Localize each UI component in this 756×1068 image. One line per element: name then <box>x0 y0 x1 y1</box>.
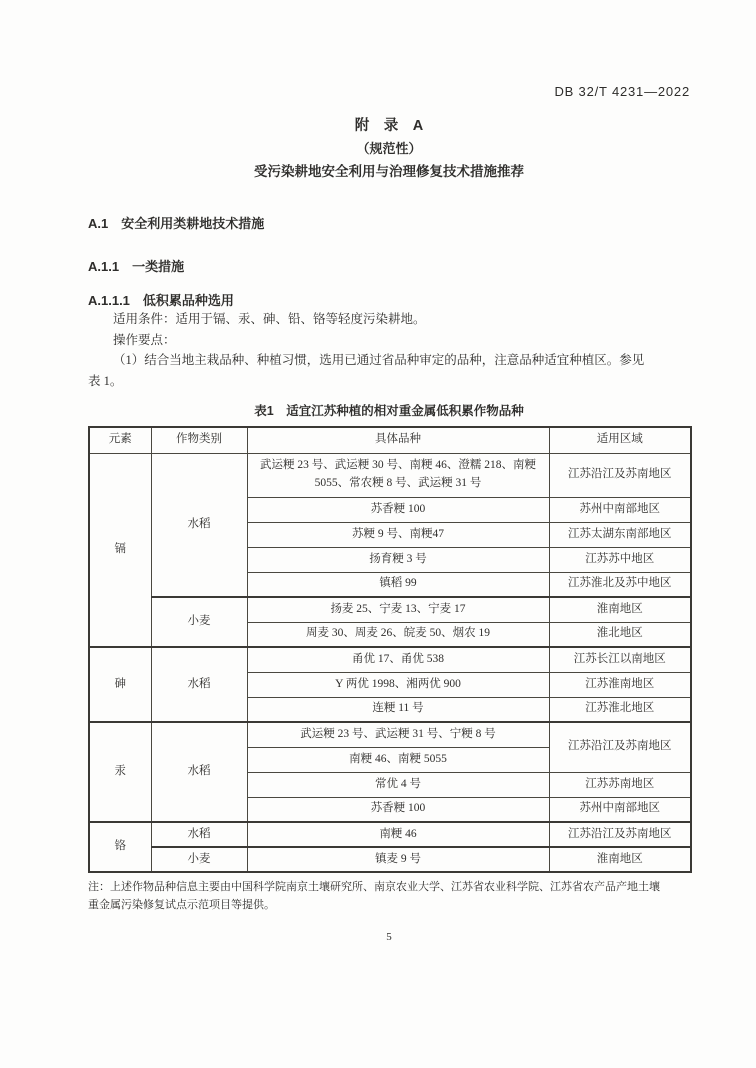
cell-element: 铬 <box>89 822 151 872</box>
cell-varieties: 苏香粳 100 <box>247 797 549 822</box>
para-applicable-conditions: 适用条件：适用于镉、汞、砷、铅、铬等轻度污染耕地。 <box>88 309 690 330</box>
cell-varieties: 连粳 11 号 <box>247 697 549 722</box>
table-row: 镉 水稻 武运粳 23 号、武运粳 30 号、南粳 46、澄糯 218、南粳 5… <box>89 453 691 497</box>
cell-varieties: 武运粳 23 号、武运粳 30 号、南粳 46、澄糯 218、南粳 5055、常… <box>247 453 549 497</box>
heading-a111: A.1.1.1 低积累品种选用 <box>88 290 690 309</box>
cell-varieties: 苏粳 9 号、南粳47 <box>247 522 549 547</box>
table-header-row: 元素 作物类别 具体品种 适用区域 <box>89 427 691 453</box>
cell-region: 江苏苏南地区 <box>549 772 691 797</box>
cell-region: 淮北地区 <box>549 622 691 647</box>
cell-varieties: Y 两优 1998、湘两优 900 <box>247 672 549 697</box>
cell-crop: 水稻 <box>151 822 247 847</box>
cell-crop: 小麦 <box>151 597 247 647</box>
cell-varieties: 甬优 17、甬优 538 <box>247 647 549 672</box>
cell-varieties: 常优 4 号 <box>247 772 549 797</box>
cell-varieties: 镇麦 9 号 <box>247 847 549 872</box>
cell-crop: 小麦 <box>151 847 247 872</box>
heading-a1: A.1 安全利用类耕地技术措施 <box>88 213 690 232</box>
appendix-normative-label: （规范性） <box>88 138 690 157</box>
table-row: 小麦 镇麦 9 号 淮南地区 <box>89 847 691 872</box>
cell-varieties: 南粳 46 <box>247 822 549 847</box>
table-row: 小麦 扬麦 25、宁麦 13、宁麦 17 淮南地区 <box>89 597 691 622</box>
heading-a11: A.1.1 一类措施 <box>88 256 690 275</box>
header-cell-varieties: 具体品种 <box>247 427 549 453</box>
para-operation-points-label: 操作要点： <box>88 330 690 351</box>
cell-region: 江苏沿江及苏南地区 <box>549 453 691 497</box>
appendix-title: 附 录 A <box>88 114 690 135</box>
table-caption: 表1 适宜江苏种植的相对重金属低积累作物品种 <box>88 401 690 419</box>
cell-crop: 水稻 <box>151 453 247 597</box>
table-row: 砷 水稻 甬优 17、甬优 538 江苏长江以南地区 <box>89 647 691 672</box>
cell-region: 江苏淮北地区 <box>549 697 691 722</box>
cell-varieties: 南粳 46、南粳 5055 <box>247 747 549 772</box>
cell-region: 江苏沿江及苏南地区 <box>549 822 691 847</box>
cell-region: 苏州中南部地区 <box>549 497 691 522</box>
cell-region: 江苏苏中地区 <box>549 547 691 572</box>
cell-region: 江苏太湖东南部地区 <box>549 522 691 547</box>
cell-varieties: 周麦 30、周麦 26、皖麦 50、烟农 19 <box>247 622 549 647</box>
table-footnote: 注：上述作物品种信息主要由中国科学院南京土壤研究所、南京农业大学、江苏省农业科学… <box>88 879 690 914</box>
cell-region: 江苏淮南地区 <box>549 672 691 697</box>
cell-region: 淮南地区 <box>549 597 691 622</box>
cell-region: 江苏沿江及苏南地区 <box>549 722 691 772</box>
cell-varieties: 扬育粳 3 号 <box>247 547 549 572</box>
cell-crop: 水稻 <box>151 722 247 822</box>
page-number: 5 <box>88 931 690 943</box>
doc-number: DB 32/T 4231—2022 <box>88 84 690 99</box>
cell-element: 汞 <box>89 722 151 822</box>
table-row: 汞 水稻 武运粳 23 号、武运粳 31 号、宁粳 8 号 江苏沿江及苏南地区 <box>89 722 691 747</box>
header-cell-region: 适用区域 <box>549 427 691 453</box>
cell-region: 淮南地区 <box>549 847 691 872</box>
cell-element: 镉 <box>89 453 151 647</box>
cell-crop: 水稻 <box>151 647 247 722</box>
cell-region: 江苏长江以南地区 <box>549 647 691 672</box>
cell-varieties: 镇稻 99 <box>247 572 549 597</box>
para-operation-point-1: （1）结合当地主栽品种、种植习惯，选用已通过省品种审定的品种，注意品种适宜种植区… <box>88 350 690 391</box>
cell-element: 砷 <box>89 647 151 722</box>
header-cell-element: 元素 <box>89 427 151 453</box>
cell-varieties: 武运粳 23 号、武运粳 31 号、宁粳 8 号 <box>247 722 549 747</box>
table-row: 铬 水稻 南粳 46 江苏沿江及苏南地区 <box>89 822 691 847</box>
document-page: DB 32/T 4231—2022 附 录 A （规范性） 受污染耕地安全利用与… <box>0 0 756 1068</box>
cell-varieties: 苏香粳 100 <box>247 497 549 522</box>
cell-region: 江苏淮北及苏中地区 <box>549 572 691 597</box>
cell-region: 苏州中南部地区 <box>549 797 691 822</box>
appendix-subject: 受污染耕地安全利用与治理修复技术措施推荐 <box>88 160 690 180</box>
crops-table: 元素 作物类别 具体品种 适用区域 镉 水稻 武运粳 23 号、武运粳 30 号… <box>88 426 692 873</box>
cell-varieties: 扬麦 25、宁麦 13、宁麦 17 <box>247 597 549 622</box>
header-cell-crop-type: 作物类别 <box>151 427 247 453</box>
